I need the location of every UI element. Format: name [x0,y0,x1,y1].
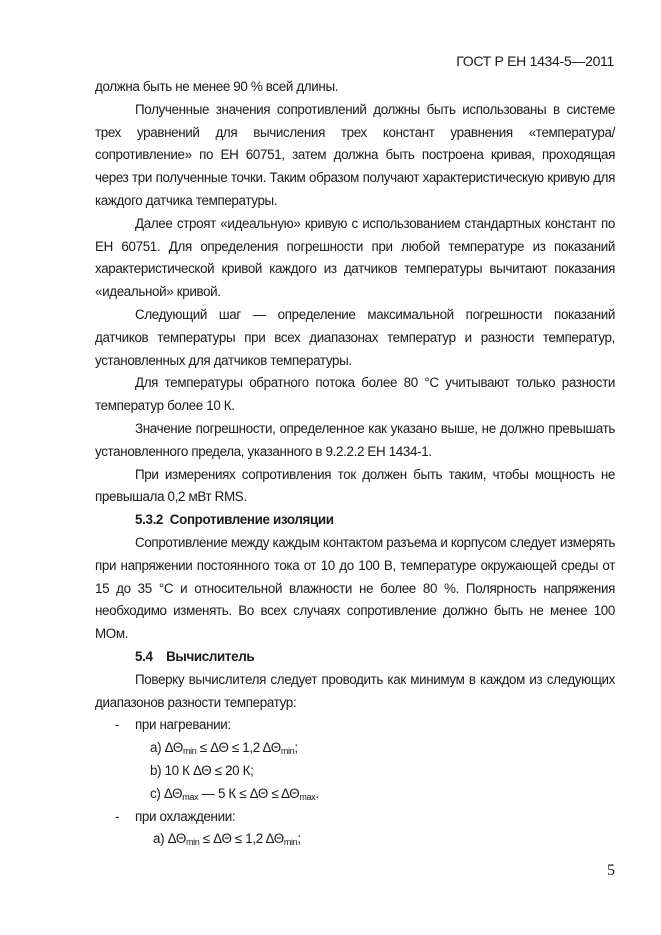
section-heading-532: 5.3.2 Сопротивление изоляции [95,509,615,532]
sub-item-heating-b: b) 10 К ΔΘ ≤ 20 К; [95,760,615,783]
section-number: 5.3.2 [135,509,163,532]
paragraph-continuation: должна быть не менее 90 % всей длины. [95,76,615,99]
paragraph-max-error: Следующий шаг — определение максимальной… [95,304,615,372]
section-title: Сопротивление изоляции [170,512,334,527]
paragraph-error-limit: Значение погрешности, определенное как у… [95,418,615,464]
list-dash: - [115,714,135,737]
sub-item-cooling-a: a) ΔΘmin ≤ ΔΘ ≤ 1,2 ΔΘmin; [95,828,615,851]
section-heading-54: 5.4 Вычислитель [95,646,615,669]
section-number: 5.4 [135,646,153,669]
paragraph-characteristic-curve: Полученные значения сопротивлений должны… [95,99,615,213]
document-body: должна быть не менее 90 % всей длины. По… [95,76,615,851]
list-item-heating: -при нагревании: [95,714,615,737]
sub-item-heating-a: a) ΔΘmin ≤ ΔΘ ≤ 1,2 ΔΘmin; [95,737,615,760]
paragraph-calculator-verification: Поверку вычислителя следует проводить ка… [95,669,615,715]
list-label: при охлаждении: [135,809,235,824]
section-title: Вычислитель [166,649,254,664]
paragraph-ideal-curve: Далее строят «идеальную» кривую с исполь… [95,213,615,304]
list-dash: - [115,806,135,829]
paragraph-insulation-resistance: Сопротивление между каждым контактом раз… [95,532,615,646]
list-label: при нагревании: [135,717,231,732]
sub-item-heating-c: c) ΔΘmax — 5 К ≤ ΔΘ ≤ ΔΘmax. [95,783,615,806]
paragraph-measurement-current: При измерениях сопротивления ток должен … [95,464,615,510]
page-number: 5 [607,862,615,880]
paragraph-return-flow: Для температуры обратного потока более 8… [95,372,615,418]
list-item-cooling: -при охлаждении: [95,806,615,829]
document-header: ГОСТ Р ЕН 1434-5—2011 [456,53,614,69]
